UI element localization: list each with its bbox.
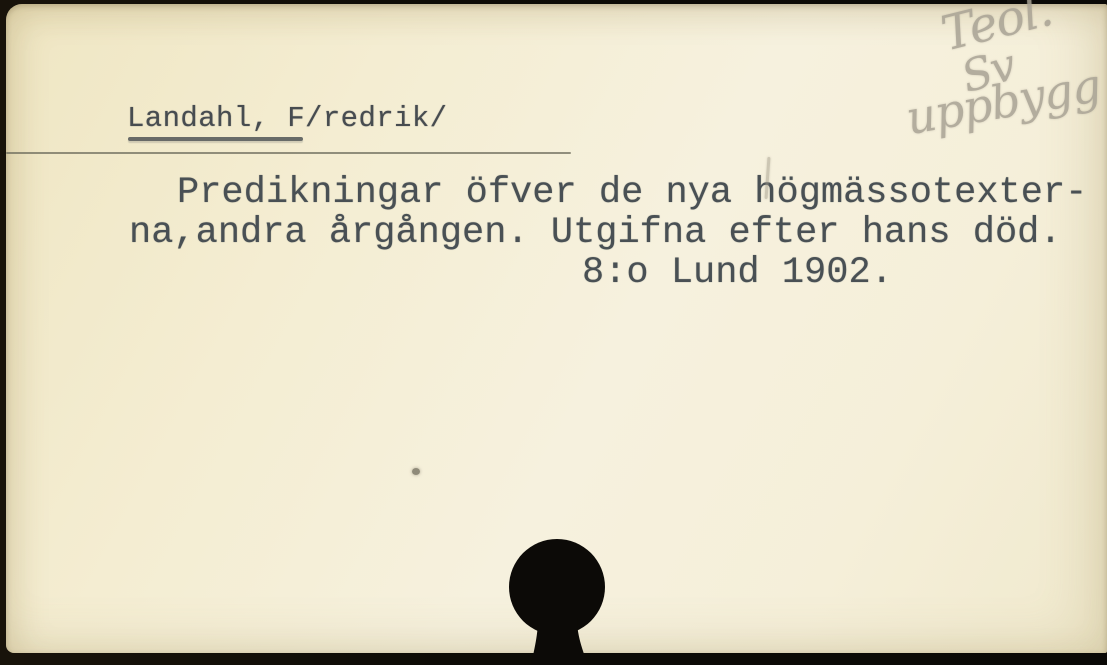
card-left-edge-shadow bbox=[0, 0, 6, 665]
heading-name-rest: F/redrik/ bbox=[269, 102, 447, 135]
ink-speck bbox=[412, 468, 420, 475]
header-separator-line bbox=[6, 152, 571, 154]
heading-underline-stroke bbox=[128, 137, 303, 141]
scan-background: Landahl, F/redrik/ Predikningar öfver de… bbox=[0, 0, 1107, 665]
card-top-edge-shadow bbox=[0, 0, 1107, 4]
entry-imprint-line: 8:o Lund 1902. bbox=[582, 252, 893, 294]
keyhole-punch-hole bbox=[480, 518, 640, 665]
entry-text-line-1: Predikningar öfver de nya högmässotexter… bbox=[177, 172, 1087, 214]
card-heading: Landahl, F/redrik/ bbox=[127, 102, 447, 135]
heading-name-underlined: Landahl, bbox=[127, 102, 269, 135]
card-bottom-edge-shadow bbox=[0, 653, 1107, 665]
entry-text-line-2: na,andra årgången. Utgifna efter hans dö… bbox=[129, 212, 1062, 254]
